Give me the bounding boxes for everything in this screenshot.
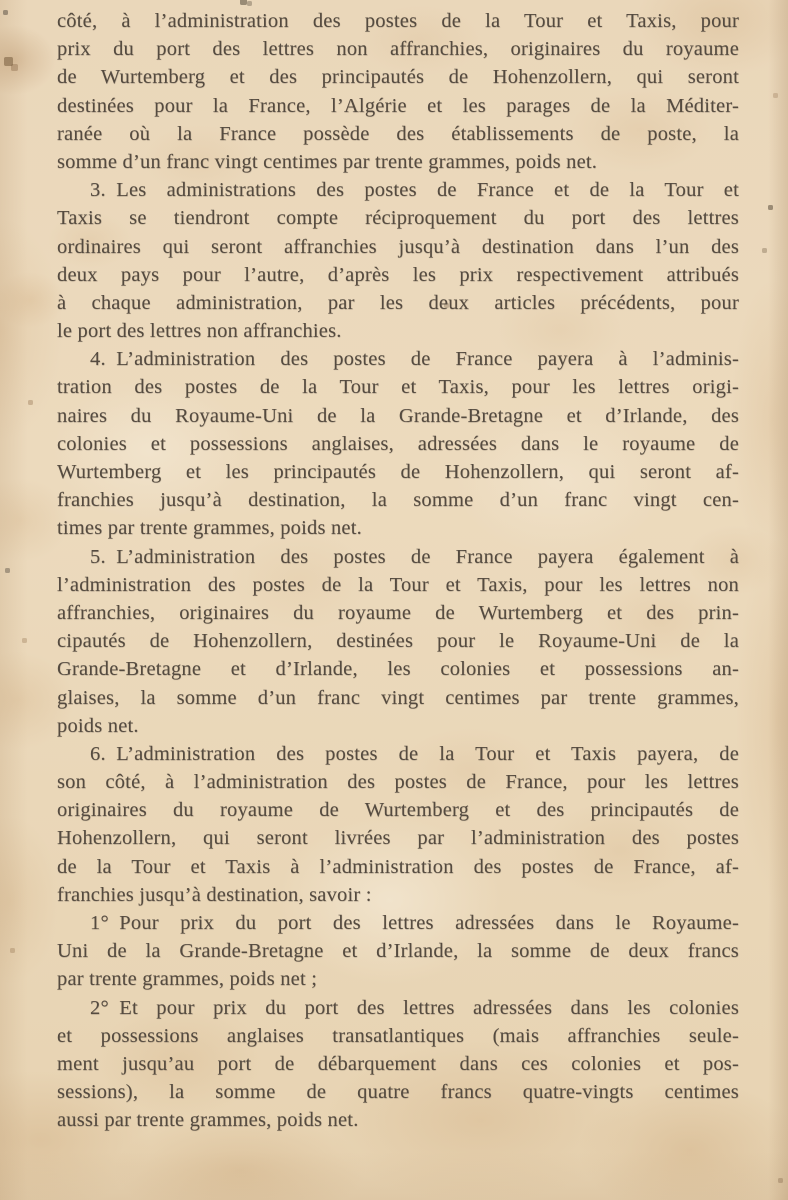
paper-foxing-specks <box>0 0 1 1</box>
text-line: prix du port des lettres non affranchies… <box>57 35 739 63</box>
paragraph-article-5: 5. L’administration des postes de France… <box>57 543 739 740</box>
text-line: destinées pour la France, l’Algérie et l… <box>57 92 739 120</box>
text-line: 6. L’administration des postes de la Tou… <box>57 740 739 768</box>
text-line: son côté, à l’administration des postes … <box>57 768 739 796</box>
paragraph-article-3: 3. Les administrations des postes de Fra… <box>57 176 739 345</box>
text-line: Grande-Bretagne et d’Irlande, les coloni… <box>57 655 739 683</box>
text-line: affranchies, originaires du royaume de W… <box>57 599 739 627</box>
text-line: l’administration des postes de la Tour e… <box>57 571 739 599</box>
text-line: ranée où la France possède des établisse… <box>57 120 739 148</box>
paragraph-article-4: 4. L’administration des postes de France… <box>57 345 739 542</box>
text-line: à chaque administration, par les deux ar… <box>57 289 739 317</box>
text-line: Wurtemberg et les principautés de Hohenz… <box>57 458 739 486</box>
text-line: tration des postes de la Tour et Taxis, … <box>57 373 739 401</box>
text-line: deux pays pour l’autre, d’après les prix… <box>57 261 739 289</box>
text-line: ordinaires qui seront affranchies jusqu’… <box>57 233 739 261</box>
text-line: 3. Les administrations des postes de Fra… <box>57 176 739 204</box>
text-block: côté, à l’administration des postes de l… <box>57 7 739 1135</box>
text-line: colonies et possessions anglaises, adres… <box>57 430 739 458</box>
text-line: de Wurtemberg et des principautés de Hoh… <box>57 63 739 91</box>
text-line: Uni de la Grande-Bretagne et d’Irlande, … <box>57 937 739 965</box>
text-line: 4. L’administration des postes de France… <box>57 345 739 373</box>
text-line: franchies jusqu’à destination, la somme … <box>57 486 739 514</box>
paragraph-article-6: 6. L’administration des postes de la Tou… <box>57 740 739 909</box>
text-line: Taxis se tiendront compte réciproquement… <box>57 204 739 232</box>
text-line: 5. L’administration des postes de France… <box>57 543 739 571</box>
text-line: et possessions anglaises transatlantique… <box>57 1022 739 1050</box>
text-line: poids net. <box>57 712 739 740</box>
text-line: côté, à l’administration des postes de l… <box>57 7 739 35</box>
paragraph-article-2-continuation: côté, à l’administration des postes de l… <box>57 7 739 176</box>
text-line: franchies jusqu’à destination, savoir : <box>57 881 739 909</box>
text-line: de la Tour et Taxis à l’administration d… <box>57 853 739 881</box>
text-line: times par trente grammes, poids net. <box>57 514 739 542</box>
text-line: aussi par trente grammes, poids net. <box>57 1106 739 1134</box>
text-line: ment jusqu’au port de débarquement dans … <box>57 1050 739 1078</box>
text-line: sessions), la somme de quatre francs qua… <box>57 1078 739 1106</box>
text-line: glaises, la somme d’un franc vingt centi… <box>57 684 739 712</box>
text-line: 2° Et pour prix du port des lettres adre… <box>57 994 739 1022</box>
text-line: 1° Pour prix du port des lettres adressé… <box>57 909 739 937</box>
text-line: le port des lettres non affranchies. <box>57 317 739 345</box>
paragraph-item-2: 2° Et pour prix du port des lettres adre… <box>57 994 739 1135</box>
paragraph-item-1: 1° Pour prix du port des lettres adressé… <box>57 909 739 994</box>
text-line: naires du Royaume-Uni de la Grande-Breta… <box>57 402 739 430</box>
text-line: originaires du royaume de Wurtemberg et … <box>57 796 739 824</box>
text-line: somme d’un franc vingt centimes par tren… <box>57 148 739 176</box>
text-line: par trente grammes, poids net ; <box>57 965 739 993</box>
text-line: cipautés de Hohenzollern, destinées pour… <box>57 627 739 655</box>
text-line: Hohenzollern, qui seront livrées par l’a… <box>57 824 739 852</box>
